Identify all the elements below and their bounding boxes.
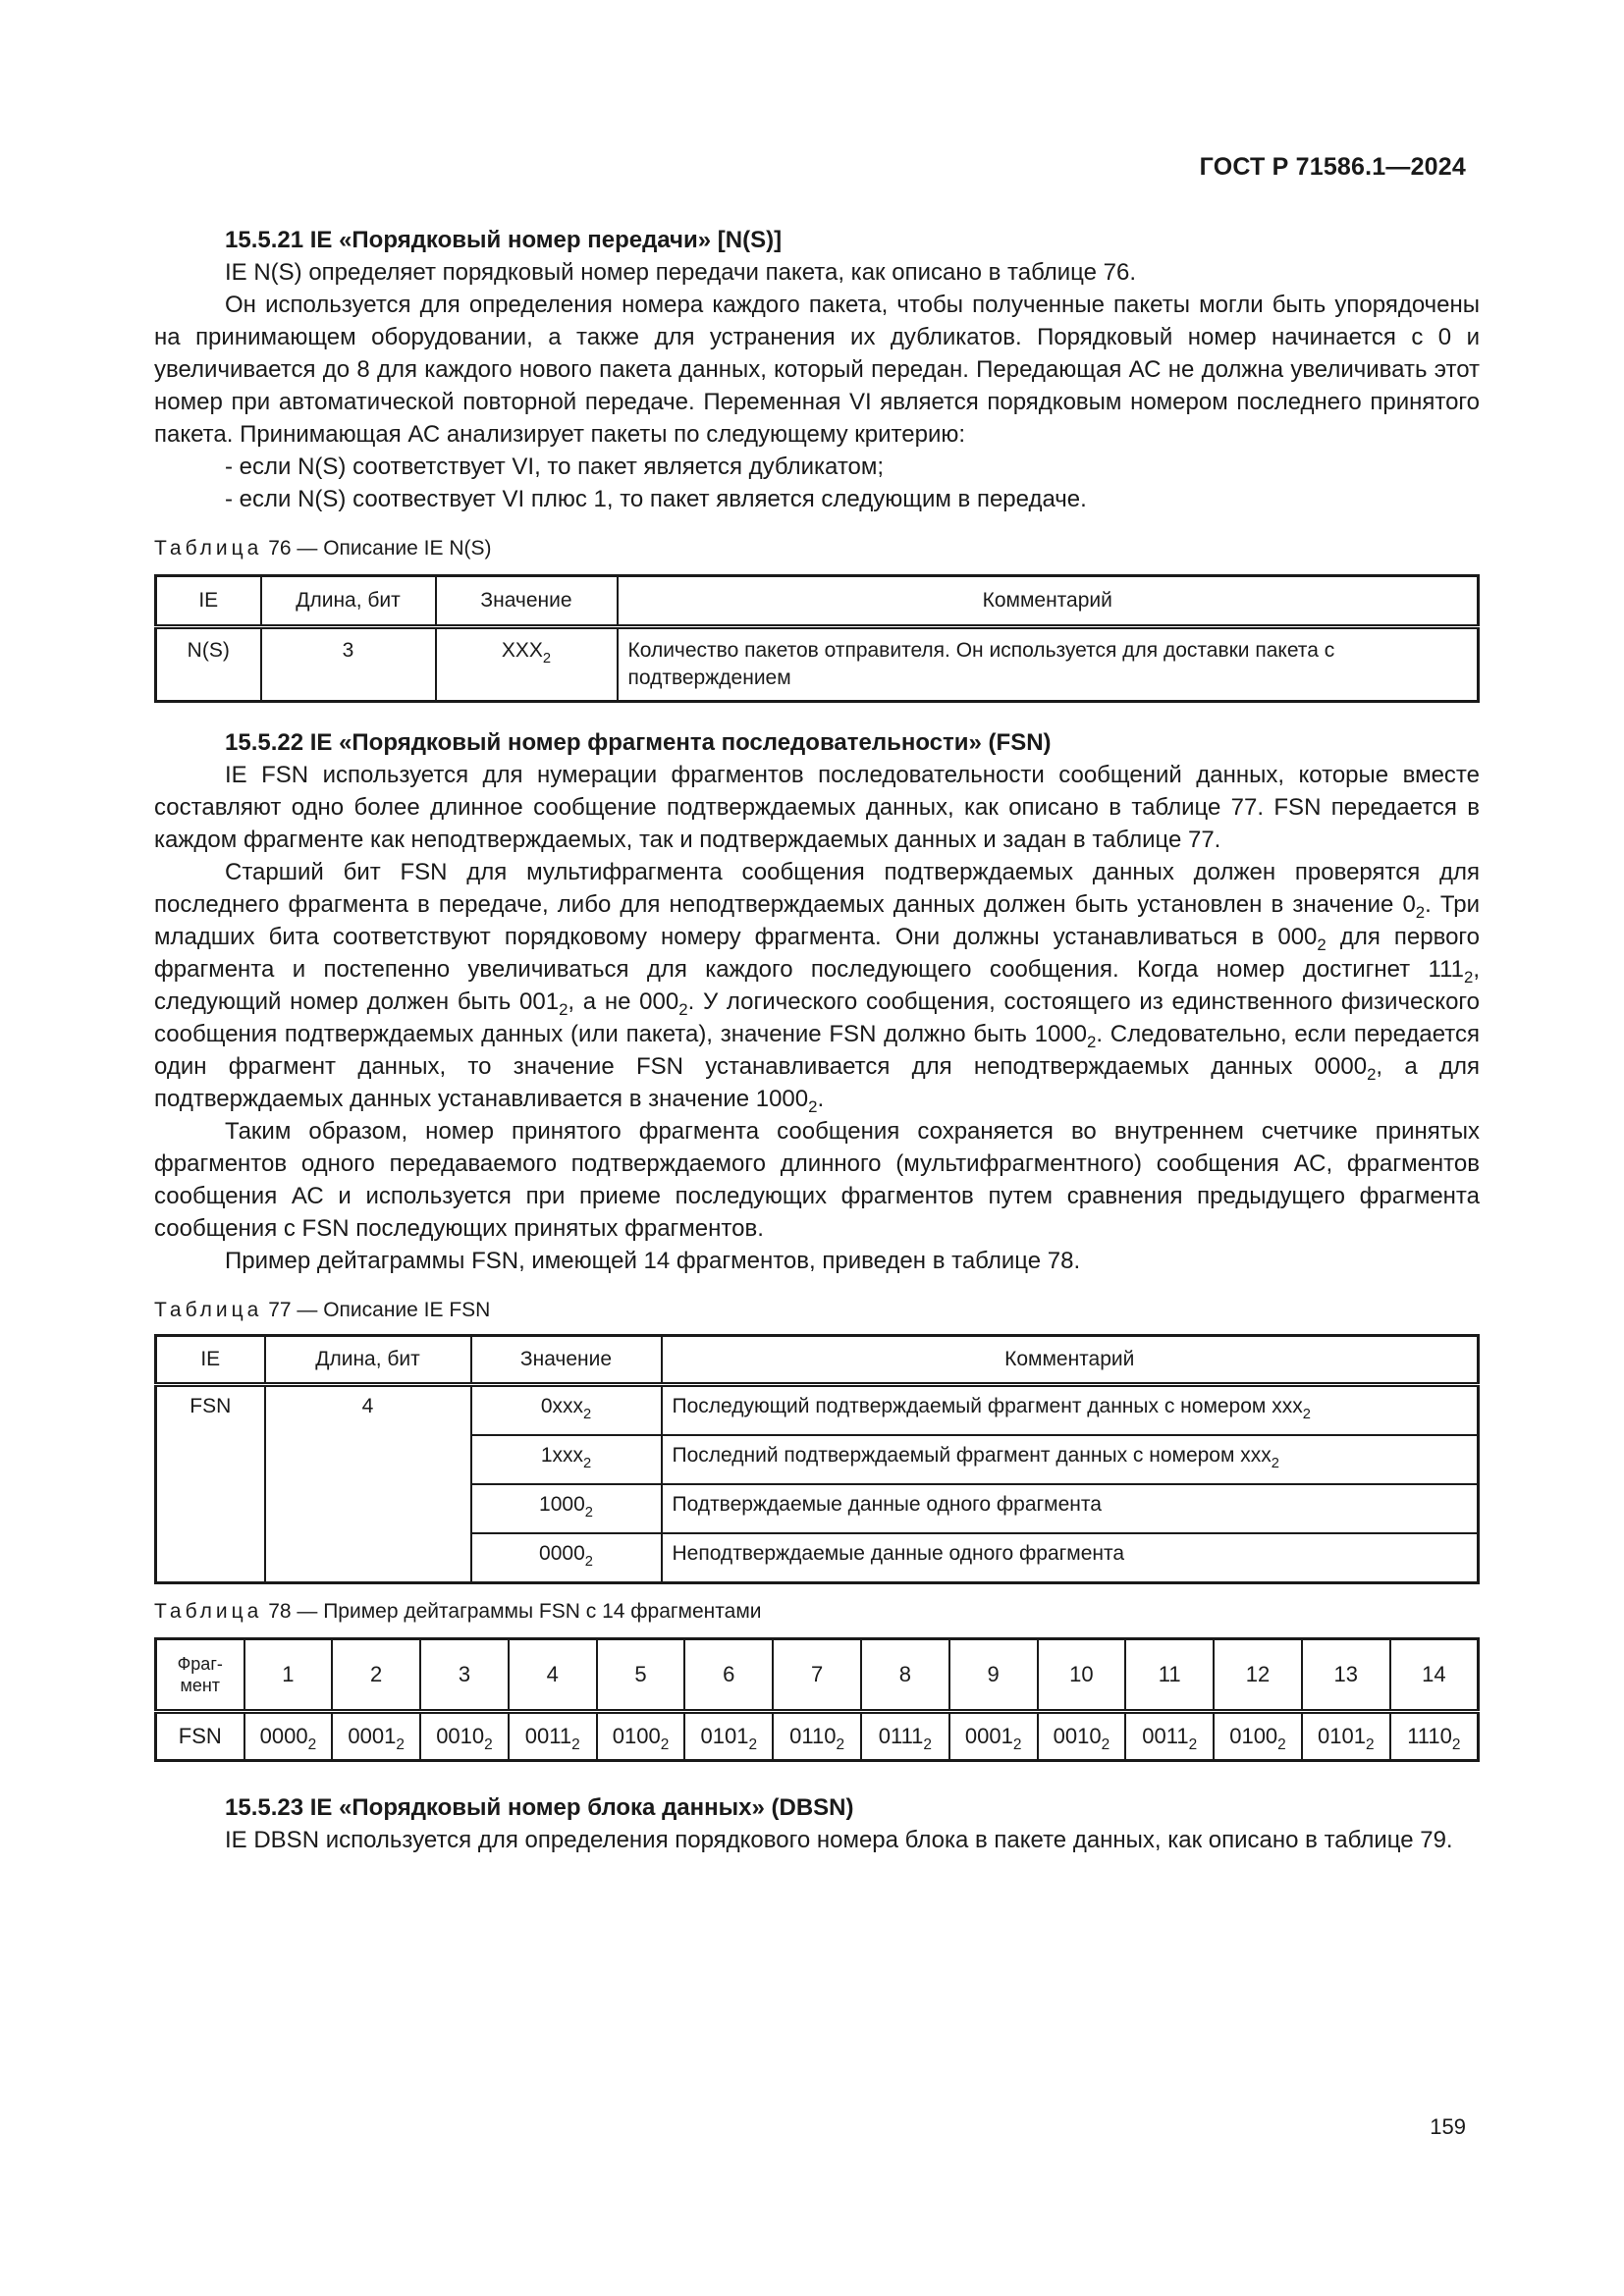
fragment-number: 12 (1214, 1639, 1302, 1712)
cell-length: 4 (265, 1385, 471, 1583)
column-header: IE (156, 1336, 265, 1385)
fragment-number: 5 (597, 1639, 685, 1712)
table-caption-77: Таблица 77 — Описание IE FSN (154, 1297, 1480, 1324)
fsn-value: 00012 (949, 1712, 1038, 1761)
table-row: FSN 000020001200102001120100201012011020… (156, 1712, 1479, 1761)
fragment-number: 4 (509, 1639, 597, 1712)
cell-value: 10002 (471, 1484, 662, 1533)
page-number: 159 (1430, 2114, 1466, 2140)
section-heading-15-5-21: 15.5.21 IE «Порядковый номер передачи» [… (154, 224, 1480, 256)
column-header: Комментарий (662, 1336, 1479, 1385)
column-header: Длина, бит (265, 1336, 471, 1385)
table-header-row: IE Длина, бит Значение Комментарий (156, 576, 1479, 627)
paragraph: IE DBSN используется для определения пор… (154, 1824, 1480, 1856)
fsn-value: 00112 (1125, 1712, 1214, 1761)
fsn-value: 01012 (1302, 1712, 1390, 1761)
fragment-number: 6 (684, 1639, 773, 1712)
table-caption-76: Таблица 76 — Описание IE N(S) (154, 535, 1480, 562)
paragraph: Он используется для определения номера к… (154, 289, 1480, 451)
list-item: - если N(S) соотвествует VI плюс 1, то п… (154, 483, 1480, 515)
fsn-value: 00002 (244, 1712, 333, 1761)
fragment-number: 7 (773, 1639, 861, 1712)
cell-comment: Неподтверждаемые данные одного фрагмента (662, 1533, 1479, 1583)
fsn-value: 11102 (1390, 1712, 1479, 1761)
fsn-value: 01012 (684, 1712, 773, 1761)
column-header: Значение (471, 1336, 662, 1385)
row-header-fragment: Фраг-мент (156, 1639, 244, 1712)
page-content: 15.5.21 IE «Порядковый номер передачи» [… (154, 224, 1480, 1856)
table-header-row: IE Длина, бит Значение Комментарий (156, 1336, 1479, 1385)
fsn-value: 00102 (420, 1712, 509, 1761)
table-77: IE Длина, бит Значение Комментарий FSN 4… (154, 1334, 1480, 1584)
paragraph: Старший бит FSN для мультифрагмента сооб… (154, 856, 1480, 1115)
fragment-number: 9 (949, 1639, 1038, 1712)
fsn-value: 00012 (332, 1712, 420, 1761)
paragraph: IE FSN используется для нумерации фрагме… (154, 759, 1480, 856)
fsn-value: 00102 (1038, 1712, 1126, 1761)
fsn-value: 00112 (509, 1712, 597, 1761)
cell-value: 00002 (471, 1533, 662, 1583)
cell-comment: Последний подтверждаемый фрагмент данных… (662, 1435, 1479, 1484)
cell-value: 1xxx2 (471, 1435, 662, 1484)
column-header: IE (156, 576, 261, 627)
section-heading-15-5-23: 15.5.23 IE «Порядковый номер блока данны… (154, 1791, 1480, 1824)
list-item: - если N(S) соответствует VI, то пакет я… (154, 451, 1480, 483)
cell-comment: Количество пакетов отправителя. Он испол… (618, 627, 1479, 702)
cell-comment: Последующий подтверждаемый фрагмент данн… (662, 1385, 1479, 1436)
cell-ie: N(S) (156, 627, 261, 702)
fsn-value: 01102 (773, 1712, 861, 1761)
fsn-value: 01112 (861, 1712, 949, 1761)
fragment-number: 13 (1302, 1639, 1390, 1712)
fragment-number: 10 (1038, 1639, 1126, 1712)
row-header-fsn: FSN (156, 1712, 244, 1761)
table-row: FSN 4 0xxx2 Последующий подтверждаемый ф… (156, 1385, 1479, 1436)
paragraph: Пример дейтаграммы FSN, имеющей 14 фрагм… (154, 1245, 1480, 1277)
table-header-row: Фраг-мент 1234567891011121314 (156, 1639, 1479, 1712)
fragment-number: 11 (1125, 1639, 1214, 1712)
table-row: N(S) 3 XXX2 Количество пакетов отправите… (156, 627, 1479, 702)
fragment-number: 8 (861, 1639, 949, 1712)
section-heading-15-5-22: 15.5.22 IE «Порядковый номер фрагмента п… (154, 726, 1480, 759)
table-76: IE Длина, бит Значение Комментарий N(S) … (154, 574, 1480, 703)
column-header: Комментарий (618, 576, 1479, 627)
column-header: Длина, бит (261, 576, 436, 627)
cell-comment: Подтверждаемые данные одного фрагмента (662, 1484, 1479, 1533)
document-code: ГОСТ Р 71586.1—2024 (1200, 153, 1466, 182)
fsn-value: 01002 (597, 1712, 685, 1761)
fragment-number: 3 (420, 1639, 509, 1712)
cell-value: 0xxx2 (471, 1385, 662, 1436)
fsn-value: 01002 (1214, 1712, 1302, 1761)
fragment-number: 2 (332, 1639, 420, 1712)
paragraph: IE N(S) определяет порядковый номер пере… (154, 256, 1480, 289)
cell-ie: FSN (156, 1385, 265, 1583)
cell-length: 3 (261, 627, 436, 702)
paragraph: Таким образом, номер принятого фрагмента… (154, 1115, 1480, 1245)
table-78: Фраг-мент 1234567891011121314 FSN 000020… (154, 1637, 1480, 1762)
cell-value: XXX2 (436, 627, 618, 702)
fragment-number: 1 (244, 1639, 333, 1712)
column-header: Значение (436, 576, 618, 627)
fragment-number: 14 (1390, 1639, 1479, 1712)
table-caption-78: Таблица 78 — Пример дейтаграммы FSN с 14… (154, 1598, 1480, 1626)
